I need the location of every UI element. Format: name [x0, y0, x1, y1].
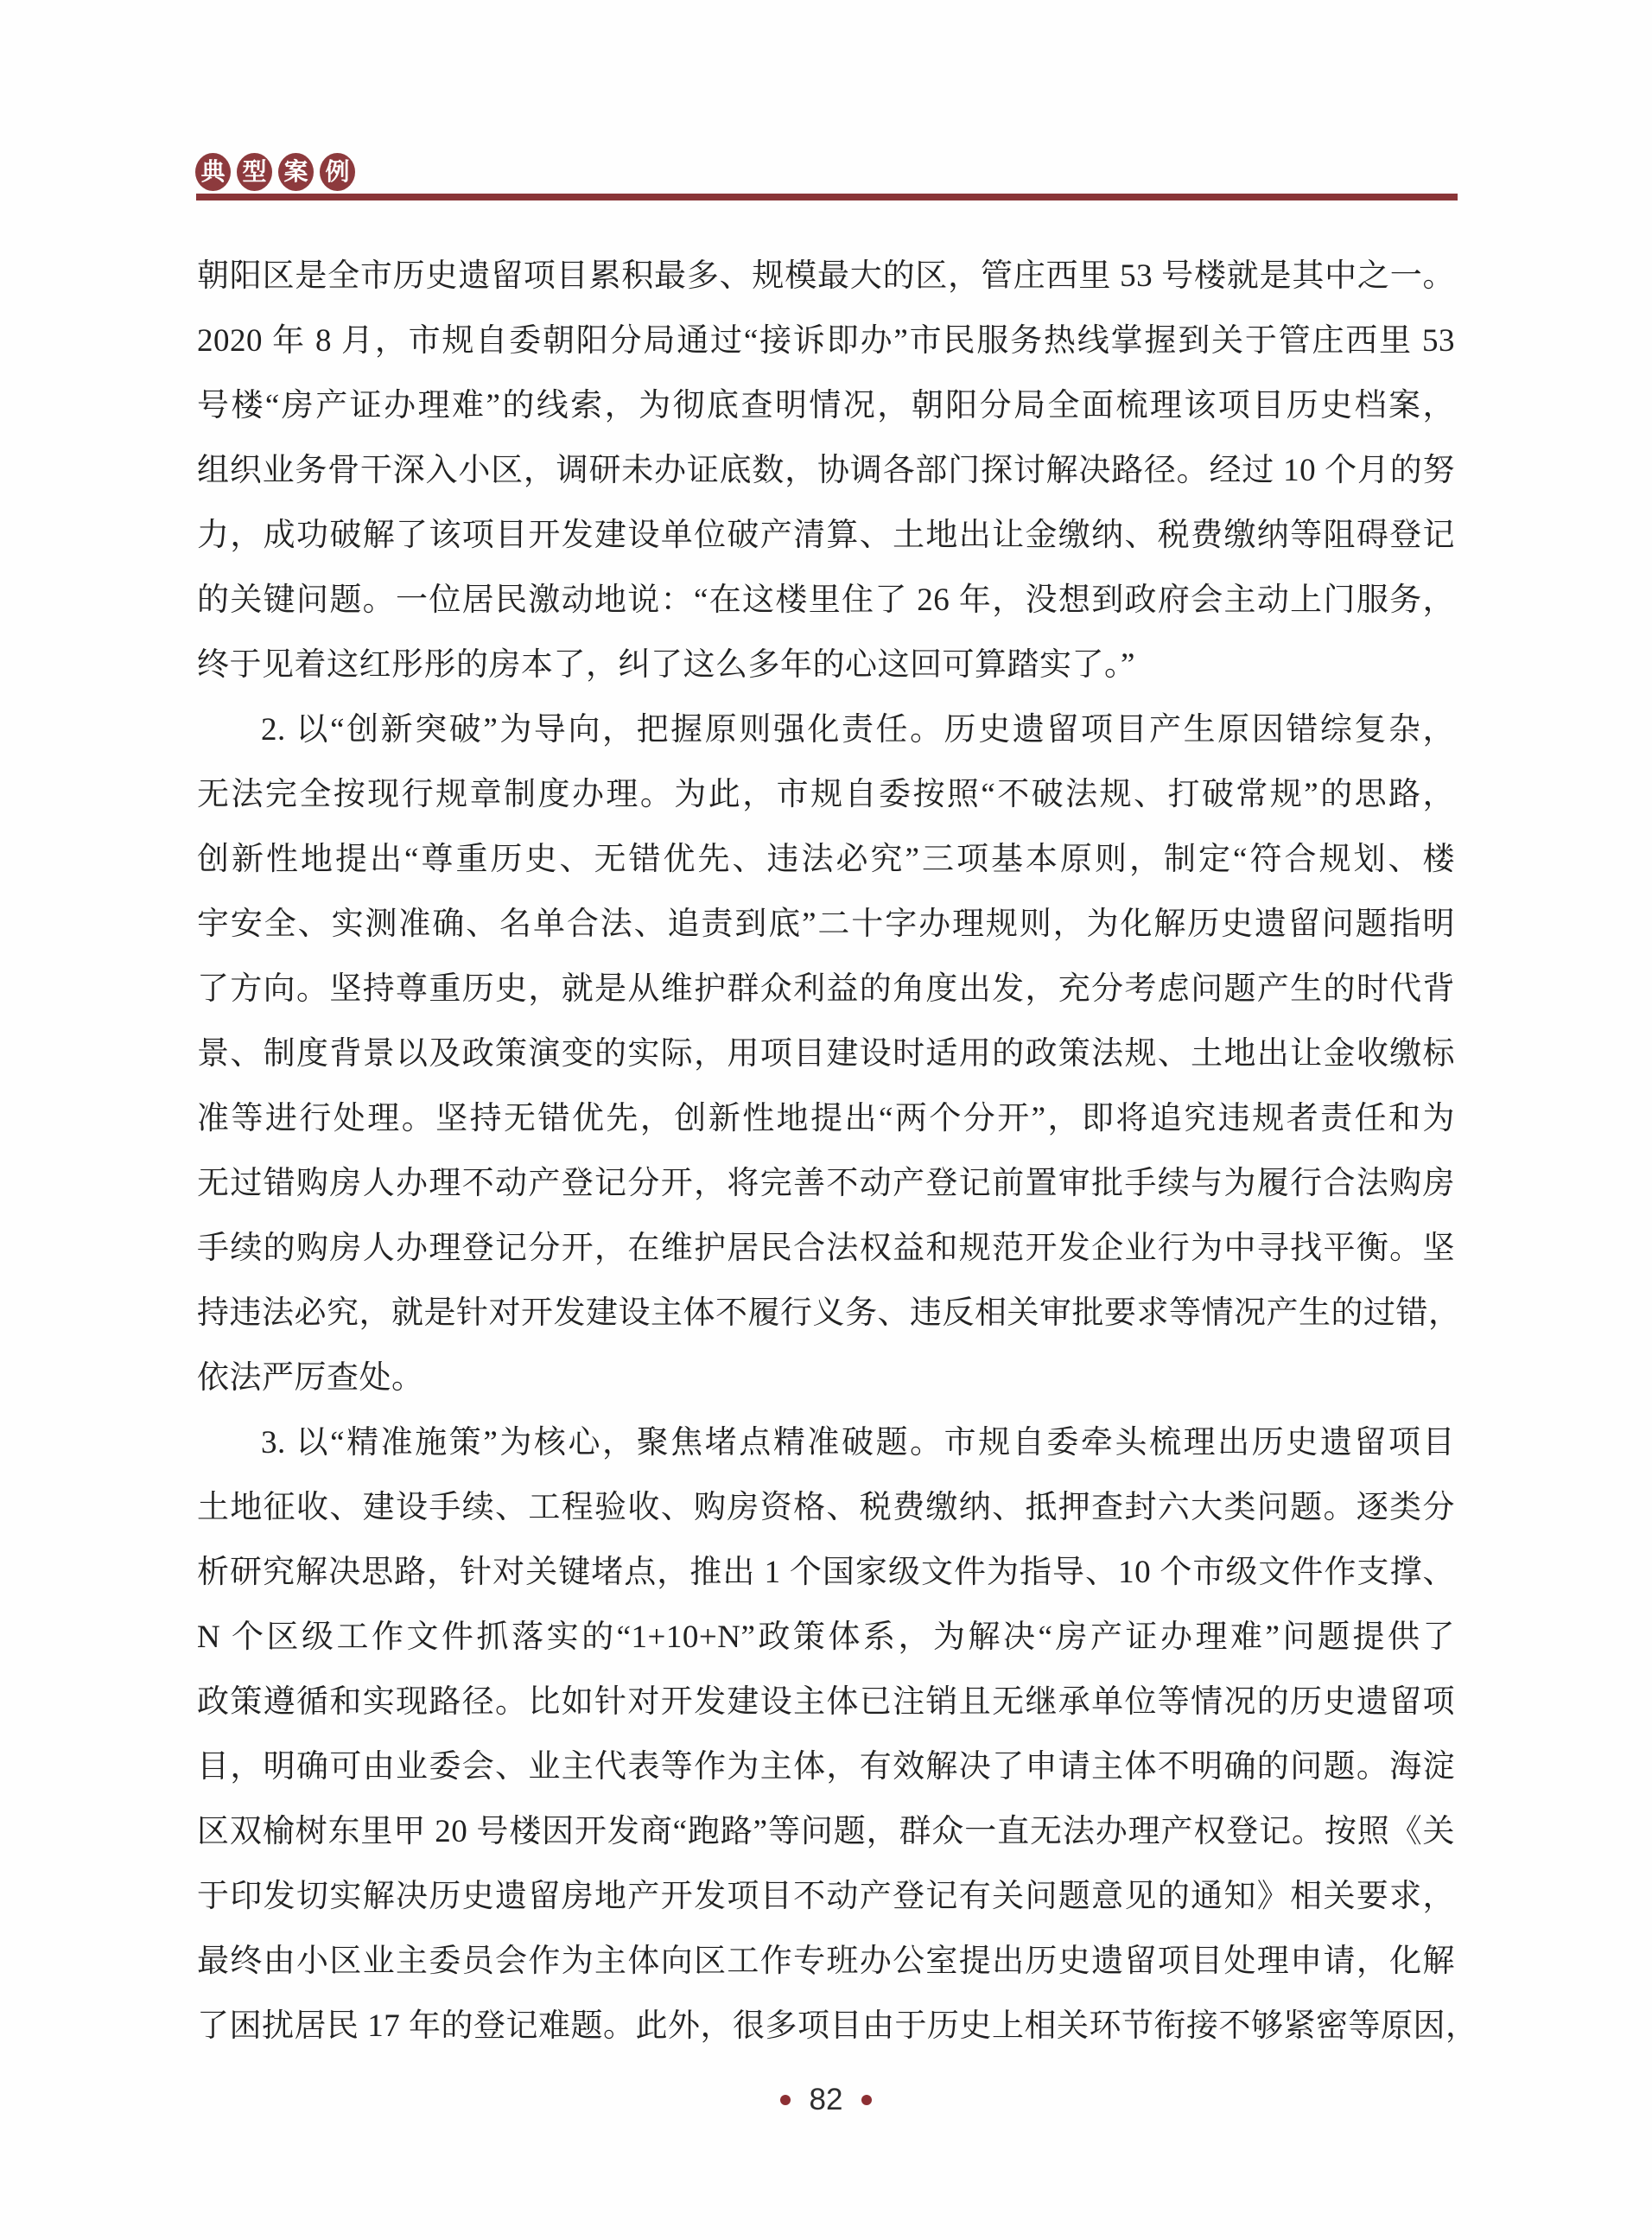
text-line: 组织业务骨干深入小区，调研未办证底数，协调各部门探讨解决路径。经过 10 个月的… — [197, 438, 1455, 503]
text-line: 景、制度背景以及政策演变的实际，用项目建设时适用的政策法规、土地出让金收缴标 — [197, 1021, 1455, 1086]
text-line: 的关键问题。一位居民激动地说：“在这楼里住了 26 年，没想到政府会主动上门服务… — [197, 568, 1455, 633]
text-line: N 个区级工作文件抓落实的“1+10+N”政策体系，为解决“房产证办理难”问题提… — [197, 1605, 1455, 1670]
text-line: 创新性地提出“尊重历史、无错优先、违法必究”三项基本原则，制定“符合规划、楼 — [197, 827, 1455, 892]
document-body: 朝阳区是全市历史遗留项目累积最多、规模最大的区，管庄西里 53 号楼就是其中之一… — [197, 244, 1455, 2059]
text-line: 准等进行处理。坚持无错优先，创新性地提出“两个分开”，即将追究违规者责任和为 — [197, 1086, 1455, 1151]
text-line: 了方向。坚持尊重历史，就是从维护群众利益的角度出发，充分考虑问题产生的时代背 — [197, 957, 1455, 1021]
text-line: 2020 年 8 月，市规自委朝阳分局通过“接诉即办”市民服务热线掌握到关于管庄… — [197, 309, 1455, 373]
text-line: 宇安全、实测准确、名单合法、追责到底”二十字办理规则，为化解历史遗留问题指明 — [197, 892, 1455, 957]
header-divider — [196, 194, 1458, 200]
header-badge: 型 — [237, 153, 272, 191]
document-page: 典型案例 朝阳区是全市历史遗留项目累积最多、规模最大的区，管庄西里 53 号楼就… — [0, 0, 1652, 2240]
page-number: 82 — [810, 2084, 843, 2115]
text-line: 区双榆树东里甲 20 号楼因开发商“跑路”等问题，群众一直无法办理产权登记。按照… — [197, 1799, 1455, 1864]
text-line: 土地征收、建设手续、工程验收、购房资格、税费缴纳、抵押查封六大类问题。逐类分 — [197, 1475, 1455, 1540]
text-line: 无法完全按现行规章制度办理。为此，市规自委按照“不破法规、打破常规”的思路， — [197, 762, 1455, 827]
text-line: 析研究解决思路，针对关键堵点，推出 1 个国家级文件为指导、10 个市级文件作支… — [197, 1540, 1455, 1605]
text-line: 依法严厉查处。 — [197, 1346, 1455, 1410]
header-badges: 典型案例 — [195, 153, 355, 191]
header-badge: 案 — [278, 153, 314, 191]
text-line: 了困扰居民 17 年的登记难题。此外，很多项目由于历史上相关环节衔接不够紧密等原… — [197, 1994, 1455, 2059]
page-footer: 82 — [0, 2084, 1652, 2115]
text-line: 朝阳区是全市历史遗留项目累积最多、规模最大的区，管庄西里 53 号楼就是其中之一… — [197, 244, 1455, 309]
text-line: 目，明确可由业委会、业主代表等作为主体，有效解决了申请主体不明确的问题。海淀 — [197, 1734, 1455, 1799]
text-line: 2. 以“创新突破”为导向，把握原则强化责任。历史遗留项目产生原因错综复杂， — [197, 697, 1455, 762]
text-line: 无过错购房人办理不动产登记分开，将完善不动产登记前置审批手续与为履行合法购房 — [197, 1151, 1455, 1216]
red-dot-icon — [780, 2095, 791, 2105]
text-line: 持违法必究，就是针对开发建设主体不履行义务、违反相关审批要求等情况产生的过错， — [197, 1281, 1455, 1346]
text-line: 3. 以“精准施策”为核心，聚焦堵点精准破题。市规自委牵头梳理出历史遗留项目 — [197, 1410, 1455, 1475]
text-line: 力，成功破解了该项目开发建设单位破产清算、土地出让金缴纳、税费缴纳等阻碍登记 — [197, 503, 1455, 568]
text-line: 最终由小区业主委员会作为主体向区工作专班办公室提出历史遗留项目处理申请，化解 — [197, 1929, 1455, 1994]
text-line: 于印发切实解决历史遗留房地产开发项目不动产登记有关问题意见的通知》相关要求， — [197, 1864, 1455, 1929]
header-badge: 典 — [195, 153, 231, 191]
header-badge: 例 — [320, 153, 355, 191]
text-line: 终于见着这红彤彤的房本了，纠了这么多年的心这回可算踏实了。” — [197, 633, 1455, 697]
text-line: 号楼“房产证办理难”的线索，为彻底查明情况，朝阳分局全面梳理该项目历史档案， — [197, 373, 1455, 438]
text-line: 政策遵循和实现路径。比如针对开发建设主体已注销且无继承单位等情况的历史遗留项 — [197, 1670, 1455, 1734]
red-dot-icon — [861, 2095, 872, 2105]
text-line: 手续的购房人办理登记分开，在维护居民合法权益和规范开发企业行为中寻找平衡。坚 — [197, 1216, 1455, 1281]
